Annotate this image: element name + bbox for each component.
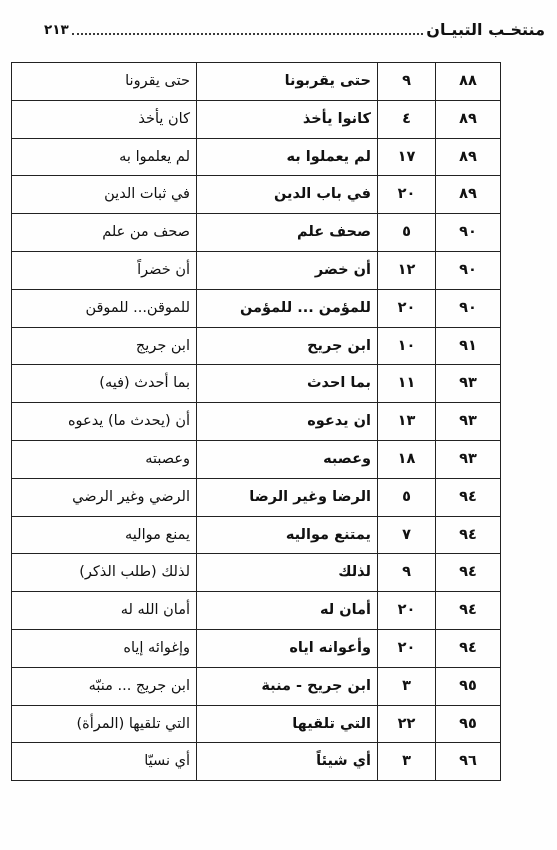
line-number-cell: ٢٠ <box>378 629 436 667</box>
line-number-cell: ٩ <box>378 63 436 101</box>
incorrect-text-cell: أمان له <box>197 592 378 630</box>
table-row: ٨٩ ١٧ لم يعملوا به لم يعلموا به <box>12 138 501 176</box>
incorrect-text-cell: لذلك <box>197 554 378 592</box>
line-number-cell: ٣ <box>378 667 436 705</box>
correct-text-cell: كان يأخذ <box>12 100 197 138</box>
scanned-book-page: منتخـب التبيـان ٢١٣ ٨٨ ٩ حتى يقربونا حتى… <box>0 0 557 850</box>
page-number-cell: ٩٥ <box>436 667 501 705</box>
page-number-cell: ٨٩ <box>436 176 501 214</box>
line-number-cell: ١١ <box>378 365 436 403</box>
page-number-cell: ٩٠ <box>436 289 501 327</box>
table-row: ٩٥ ٣ ابن جريح - منبة ابن جريج ... منبّه <box>12 667 501 705</box>
correct-text-cell: للموقن... للموقن <box>12 289 197 327</box>
dot-leader <box>72 32 424 35</box>
table-row: ٩٥ ٢٢ التي تلقيها التي تلقيها (المرأة) <box>12 705 501 743</box>
line-number-cell: ١٨ <box>378 440 436 478</box>
correct-text-cell: في ثبات الدين <box>12 176 197 214</box>
correct-text-cell: لم يعلموا به <box>12 138 197 176</box>
correct-text-cell: وإغوائه إياه <box>12 629 197 667</box>
table-row: ٩٣ ١١ بما احدث بما أحدث (فيه) <box>12 365 501 403</box>
line-number-cell: ١٧ <box>378 138 436 176</box>
incorrect-text-cell: لم يعملوا به <box>197 138 378 176</box>
incorrect-text-cell: ابن جريح <box>197 327 378 365</box>
line-number-cell: ٢٠ <box>378 289 436 327</box>
page-number-cell: ٩٣ <box>436 403 501 441</box>
incorrect-text-cell: التي تلقيها <box>197 705 378 743</box>
page-number-cell: ٩٤ <box>436 629 501 667</box>
incorrect-text-cell: ان يدعوه <box>197 403 378 441</box>
correct-text-cell: ابن جريج <box>12 327 197 365</box>
line-number-cell: ٢٠ <box>378 176 436 214</box>
line-number-cell: ٥ <box>378 478 436 516</box>
incorrect-text-cell: حتى يقربونا <box>197 63 378 101</box>
incorrect-text-cell: الرضا وغير الرضا <box>197 478 378 516</box>
line-number-cell: ٩ <box>378 554 436 592</box>
line-number-cell: ١٠ <box>378 327 436 365</box>
page-number-cell: ٩٣ <box>436 365 501 403</box>
page-number-cell: ٩٤ <box>436 478 501 516</box>
table-row: ٩٠ ٥ صحف علم صحف من علم <box>12 214 501 252</box>
incorrect-text-cell: يمتنع مواليه <box>197 516 378 554</box>
incorrect-text-cell: صحف علم <box>197 214 378 252</box>
table-row: ٩٤ ٢٠ أمان له أمان الله له <box>12 592 501 630</box>
correct-text-cell: التي تلقيها (المرأة) <box>12 705 197 743</box>
incorrect-text-cell: وعصبه <box>197 440 378 478</box>
correct-text-cell: ابن جريج ... منبّه <box>12 667 197 705</box>
page-number-cell: ٩٠ <box>436 251 501 289</box>
page-number-cell: ٨٨ <box>436 63 501 101</box>
page-number-cell: ٩٤ <box>436 554 501 592</box>
correct-text-cell: الرضي وغير الرضي <box>12 478 197 516</box>
table-row: ٩٦ ٣ أي شيئاً أي نسيّا <box>12 743 501 781</box>
line-number-cell: ٥ <box>378 214 436 252</box>
table-row: ٨٨ ٩ حتى يقربونا حتى يقرونا <box>12 63 501 101</box>
errata-table: ٨٨ ٩ حتى يقربونا حتى يقرونا ٨٩ ٤ كانوا ي… <box>11 62 501 781</box>
table-row: ٩٣ ١٣ ان يدعوه أن (يحدث ما) يدعوه <box>12 403 501 441</box>
table-row: ٨٩ ٤ كانوا يأخذ كان يأخذ <box>12 100 501 138</box>
page-number-cell: ٩٠ <box>436 214 501 252</box>
page-number-cell: ٩٣ <box>436 440 501 478</box>
correct-text-cell: أن (يحدث ما) يدعوه <box>12 403 197 441</box>
line-number-cell: ١٣ <box>378 403 436 441</box>
page-number: ٢١٣ <box>44 24 69 40</box>
correct-text-cell: بما أحدث (فيه) <box>12 365 197 403</box>
line-number-cell: ٤ <box>378 100 436 138</box>
page-number-cell: ٩١ <box>436 327 501 365</box>
correct-text-cell: لذلك (طلب الذكر) <box>12 554 197 592</box>
incorrect-text-cell: ابن جريح - منبة <box>197 667 378 705</box>
page-number-cell: ٩٦ <box>436 743 501 781</box>
incorrect-text-cell: أن خضر <box>197 251 378 289</box>
page-number-cell: ٩٤ <box>436 592 501 630</box>
correct-text-cell: حتى يقرونا <box>12 63 197 101</box>
book-title: منتخـب التبيـان <box>426 22 545 39</box>
table-row: ٨٩ ٢٠ في باب الدين في ثبات الدين <box>12 176 501 214</box>
table-row: ٩٣ ١٨ وعصبه وعصبته <box>12 440 501 478</box>
table-row: ٩٠ ١٢ أن خضر أن خضراً <box>12 251 501 289</box>
incorrect-text-cell: أي شيئاً <box>197 743 378 781</box>
table-row: ٩١ ١٠ ابن جريح ابن جريج <box>12 327 501 365</box>
incorrect-text-cell: كانوا يأخذ <box>197 100 378 138</box>
page-number-cell: ٨٩ <box>436 138 501 176</box>
correct-text-cell: يمنع مواليه <box>12 516 197 554</box>
line-number-cell: ٢٠ <box>378 592 436 630</box>
incorrect-text-cell: وأعوانه اياه <box>197 629 378 667</box>
line-number-cell: ٣ <box>378 743 436 781</box>
correct-text-cell: أمان الله له <box>12 592 197 630</box>
table-row: ٩٠ ٢٠ للمؤمن ... للمؤمن للموقن... للموقن <box>12 289 501 327</box>
page-number-cell: ٩٤ <box>436 516 501 554</box>
correct-text-cell: صحف من علم <box>12 214 197 252</box>
incorrect-text-cell: للمؤمن ... للمؤمن <box>197 289 378 327</box>
incorrect-text-cell: في باب الدين <box>197 176 378 214</box>
correct-text-cell: أن خضراً <box>12 251 197 289</box>
line-number-cell: ٢٢ <box>378 705 436 743</box>
correct-text-cell: وعصبته <box>12 440 197 478</box>
table-row: ٩٤ ٧ يمتنع مواليه يمنع مواليه <box>12 516 501 554</box>
table-row: ٩٤ ٢٠ وأعوانه اياه وإغوائه إياه <box>12 629 501 667</box>
page-number-cell: ٨٩ <box>436 100 501 138</box>
page-number-cell: ٩٥ <box>436 705 501 743</box>
line-number-cell: ١٢ <box>378 251 436 289</box>
incorrect-text-cell: بما احدث <box>197 365 378 403</box>
errata-table-body: ٨٨ ٩ حتى يقربونا حتى يقرونا ٨٩ ٤ كانوا ي… <box>12 63 501 781</box>
running-head: منتخـب التبيـان ٢١٣ <box>44 22 545 39</box>
correct-text-cell: أي نسيّا <box>12 743 197 781</box>
table-row: ٩٤ ٩ لذلك لذلك (طلب الذكر) <box>12 554 501 592</box>
table-row: ٩٤ ٥ الرضا وغير الرضا الرضي وغير الرضي <box>12 478 501 516</box>
line-number-cell: ٧ <box>378 516 436 554</box>
